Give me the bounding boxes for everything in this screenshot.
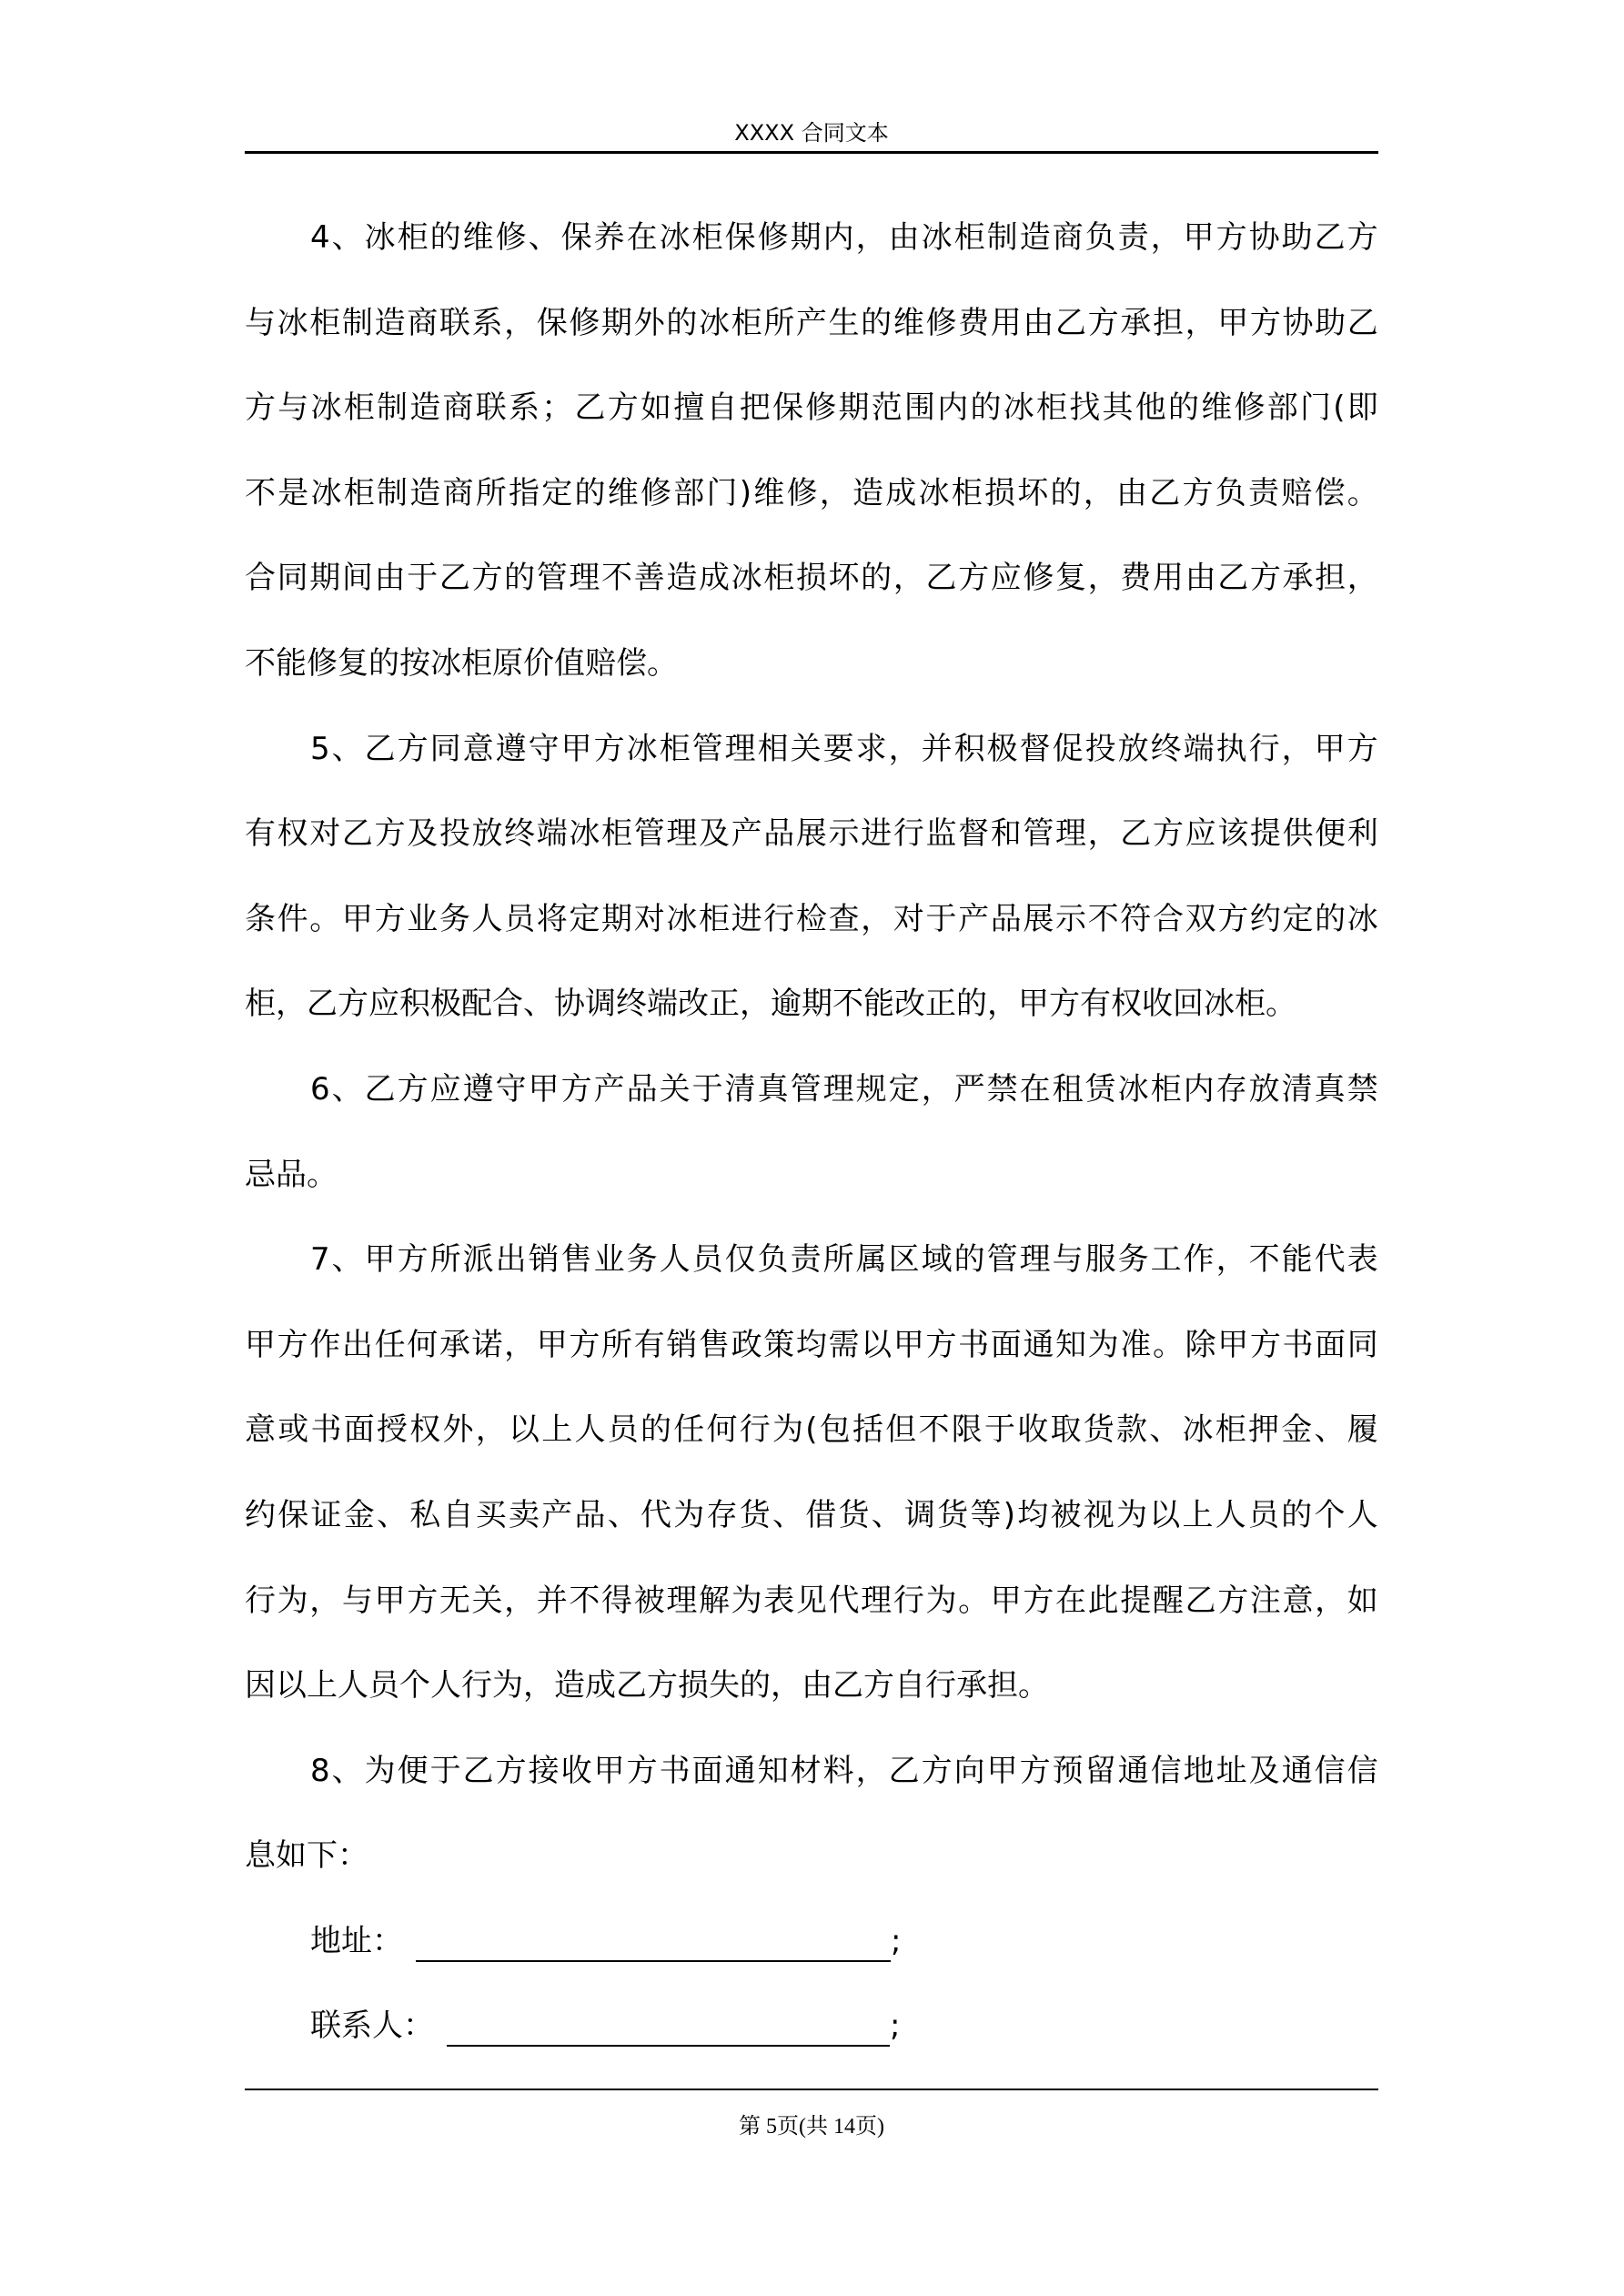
clause-5: 5、乙方同意遵守甲方冰柜管理相关要求，并积极督促投放终端执行，甲方 有权对乙方及…	[245, 707, 1378, 1047]
address-terminator: ;	[891, 1899, 901, 1985]
contact-label: 联系人：	[310, 1984, 434, 2069]
address-field-row: 地址： ;	[245, 1899, 1378, 1985]
clause-8: 8、为便于乙方接收甲方书面通知材料，乙方向甲方预留通信地址及通信信 息如下：	[245, 1729, 1378, 1899]
text-line: 5、乙方同意遵守甲方冰柜管理相关要求，并积极督促投放终端执行，甲方	[245, 707, 1378, 793]
contact-field-row: 联系人： ;	[245, 1984, 1378, 2069]
text-line: 条件。甲方业务人员将定期对冰柜进行检查，对于产品展示不符合双方约定的冰	[245, 877, 1378, 963]
text-line: 8、为便于乙方接收甲方书面通知材料，乙方向甲方预留通信地址及通信信	[245, 1729, 1378, 1815]
clause-7: 7、甲方所派出销售业务人员仅负责所属区域的管理与服务工作，不能代表 甲方作出任何…	[245, 1218, 1378, 1729]
text-line: 柜，乙方应积极配合、协调终端改正，逾期不能改正的，甲方有权收回冰柜。	[245, 962, 1378, 1047]
document-body: 4、冰柜的维修、保养在冰柜保修期内，由冰柜制造商负责，甲方协助乙方 与冰柜制造商…	[245, 196, 1378, 2069]
text-line: 7、甲方所派出销售业务人员仅负责所属区域的管理与服务工作，不能代表	[245, 1218, 1378, 1303]
text-line: 6、乙方应遵守甲方产品关于清真管理规定，严禁在租赁冰柜内存放清真禁	[245, 1047, 1378, 1133]
text-line: 行为，与甲方无关，并不得被理解为表见代理行为。甲方在此提醒乙方注意，如	[245, 1559, 1378, 1644]
text-line: 甲方作出任何承诺，甲方所有销售政策均需以甲方书面通知为准。除甲方书面同	[245, 1303, 1378, 1389]
contact-blank[interactable]	[447, 2018, 890, 2047]
page-number: 第 5页(共 14页)	[739, 2115, 884, 2139]
address-blank[interactable]	[416, 1933, 891, 1962]
text-line: 不能修复的按冰柜原价值赔偿。	[245, 622, 1378, 707]
text-line: 方与冰柜制造商联系；乙方如擅自把保修期范围内的冰柜找其他的维修部门(即	[245, 366, 1378, 451]
page-header: XXXX 合同文本	[245, 116, 1378, 149]
text-line: 与冰柜制造商联系，保修期外的冰柜所产生的维修费用由乙方承担，甲方协助乙	[245, 281, 1378, 367]
address-label: 地址：	[310, 1899, 403, 1985]
contact-terminator: ;	[890, 1984, 900, 2069]
text-line: 息如下：	[245, 1814, 1378, 1899]
text-line: 意或书面授权外，以上人员的任何行为(包括但不限于收取货款、冰柜押金、履	[245, 1388, 1378, 1473]
text-line: 有权对乙方及投放终端冰柜管理及产品展示进行监督和管理，乙方应该提供便利	[245, 792, 1378, 877]
page-footer: 第 5页(共 14页)	[245, 2110, 1378, 2143]
text-line: 因以上人员个人行为，造成乙方损失的，由乙方自行承担。	[245, 1644, 1378, 1729]
header-divider	[245, 151, 1378, 154]
text-line: 不是冰柜制造商所指定的维修部门)维修，造成冰柜损坏的，由乙方负责赔偿。	[245, 451, 1378, 537]
footer-divider	[245, 2089, 1378, 2090]
text-line: 忌品。	[245, 1133, 1378, 1219]
clause-4: 4、冰柜的维修、保养在冰柜保修期内，由冰柜制造商负责，甲方协助乙方 与冰柜制造商…	[245, 196, 1378, 707]
text-line: 4、冰柜的维修、保养在冰柜保修期内，由冰柜制造商负责，甲方协助乙方	[245, 196, 1378, 281]
clause-6: 6、乙方应遵守甲方产品关于清真管理规定，严禁在租赁冰柜内存放清真禁 忌品。	[245, 1047, 1378, 1218]
document-title: XXXX 合同文本	[734, 120, 888, 146]
text-line: 合同期间由于乙方的管理不善造成冰柜损坏的，乙方应修复，费用由乙方承担，	[245, 536, 1378, 622]
text-line: 约保证金、私自买卖产品、代为存货、借货、调货等)均被视为以上人员的个人	[245, 1473, 1378, 1559]
